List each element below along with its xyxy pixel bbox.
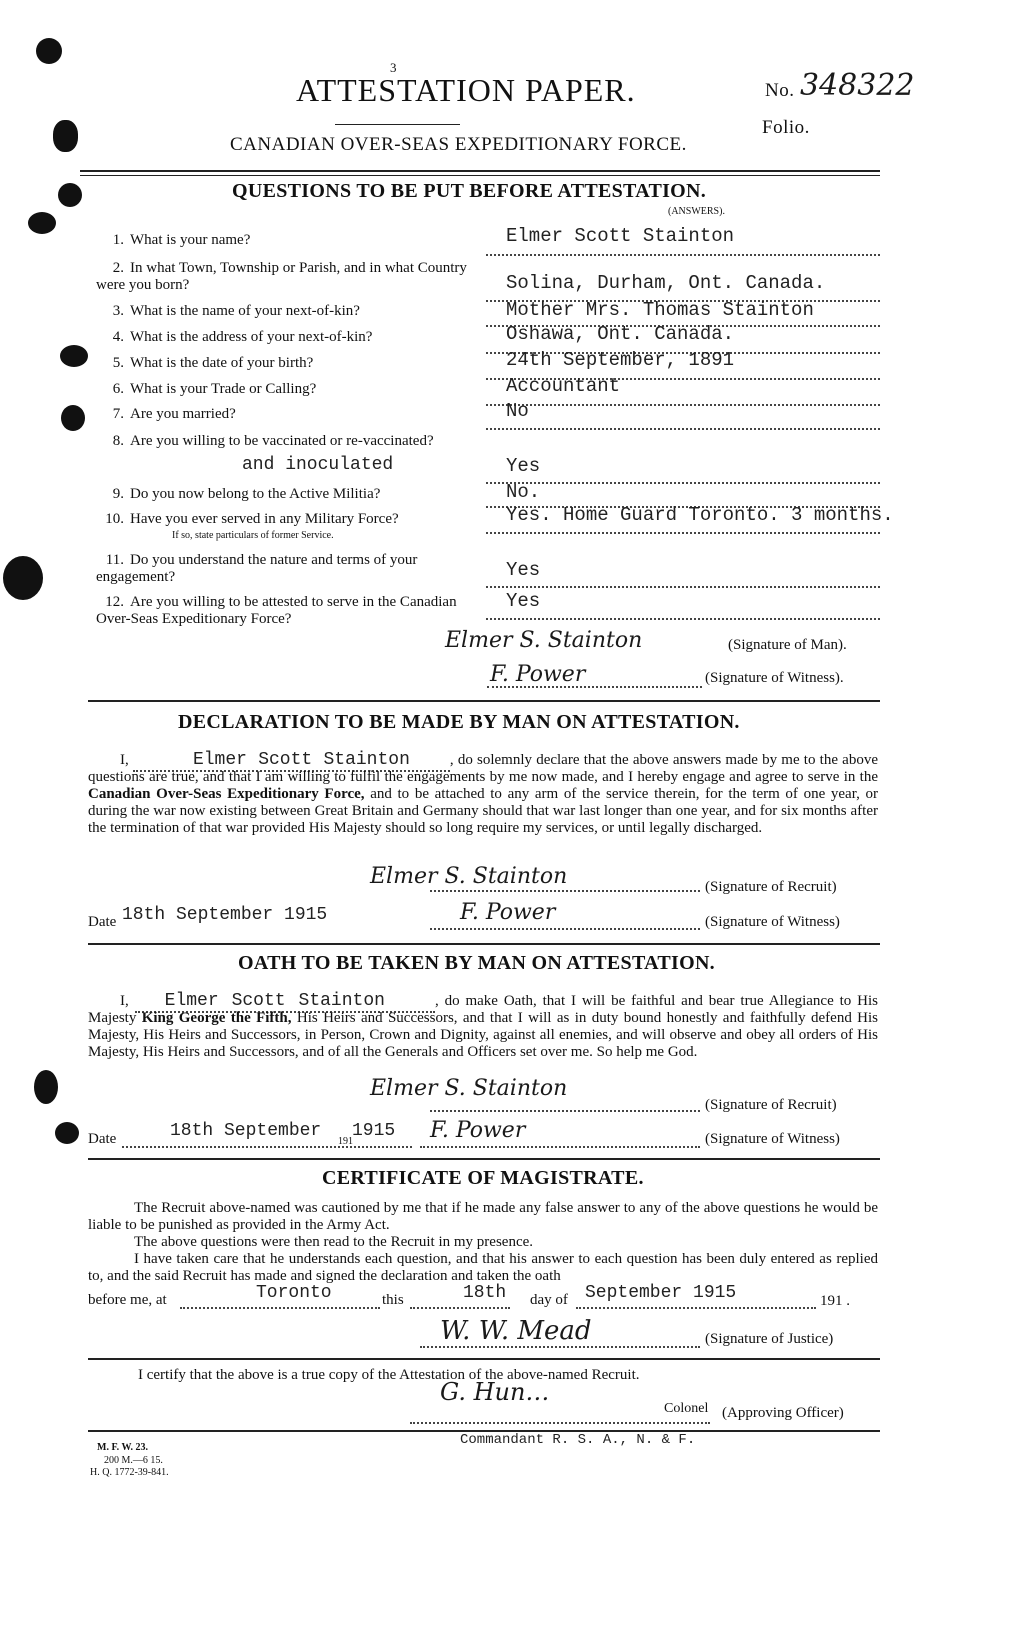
- answer-11: Yes: [506, 559, 540, 581]
- signature-man: Elmer S. Stainton: [445, 628, 642, 653]
- declaration-signature-witness: F. Power: [460, 900, 555, 925]
- punch-hole: [60, 345, 88, 367]
- question-8: 8.Are you willing to be vaccinated or re…: [96, 433, 468, 450]
- signature-line: [420, 1146, 700, 1148]
- signature-line: [430, 1110, 700, 1112]
- certificate-month-year: September 1915: [585, 1283, 736, 1303]
- answer-5: 24th September, 1891: [506, 349, 734, 371]
- double-rule: [80, 170, 880, 172]
- signature-man-label: (Signature of Man).: [728, 637, 847, 654]
- answer-12: Yes: [506, 590, 540, 612]
- oath-date-label: Date: [88, 1131, 116, 1148]
- answer-4: Oshawa, Ont. Canada.: [506, 323, 734, 345]
- certificate-para-1: The Recruit above-named was cautioned by…: [88, 1200, 878, 1234]
- answer-line: [486, 618, 880, 620]
- signature-line: [420, 1346, 700, 1348]
- oath-signature-witness: F. Power: [430, 1118, 525, 1143]
- answer-2: Solina, Durham, Ont. Canada.: [506, 272, 825, 294]
- questions-heading: QUESTIONS TO BE PUT BEFORE ATTESTATION.: [232, 180, 706, 203]
- certificate-year-print: 191 .: [820, 1293, 850, 1310]
- print-run: 200 M.—6 15.: [104, 1455, 163, 1466]
- punch-hole: [61, 405, 85, 431]
- form-code: M. F. W. 23.: [97, 1442, 148, 1453]
- question-8-addition: and inoculated: [242, 455, 393, 475]
- oath-signature-recruit: Elmer S. Stainton: [370, 1076, 567, 1101]
- before-me-at-label: before me, at: [88, 1292, 167, 1309]
- signature-line: [487, 686, 702, 688]
- question-1: 1.What is your name?: [96, 232, 468, 249]
- document-title: ATTESTATION PAPER.: [296, 72, 636, 109]
- double-rule: [80, 175, 880, 176]
- title-underline: [335, 124, 460, 125]
- oath-signature-recruit-label: (Signature of Recruit): [705, 1097, 837, 1114]
- folio-label: Folio.: [762, 117, 810, 139]
- signature-line: [410, 1422, 710, 1424]
- signature-line: [430, 928, 700, 930]
- punch-hole: [28, 212, 56, 234]
- signature-justice: W. W. Mead: [440, 1316, 592, 1346]
- answer-8: Yes: [506, 455, 540, 477]
- answer-6: Accountant: [506, 375, 620, 397]
- oath-date: 18th September: [170, 1121, 321, 1141]
- answer-line: [486, 532, 880, 534]
- declaration-date-label: Date: [88, 914, 116, 931]
- question-9: 9.Do you now belong to the Active Militi…: [96, 486, 468, 503]
- question-4: 4.What is the address of your next-of-ki…: [96, 329, 468, 346]
- approval-label: (Approving Officer): [722, 1405, 844, 1422]
- declaration-signature-witness-label: (Signature of Witness): [705, 914, 840, 931]
- section-divider: [88, 1358, 880, 1360]
- answer-1: Elmer Scott Stainton: [506, 225, 734, 247]
- answer-7: No: [506, 400, 529, 422]
- punch-hole: [36, 38, 62, 64]
- place-line: [180, 1307, 380, 1309]
- answer-line: [486, 254, 880, 256]
- month-line: [576, 1307, 816, 1309]
- punch-hole: [34, 1070, 58, 1104]
- question-2: 2.In what Town, Township or Parish, and …: [96, 260, 468, 294]
- question-7: 7.Are you married?: [96, 406, 468, 423]
- answer-line: [486, 586, 880, 588]
- question-12: 12.Are you willing to be attested to ser…: [96, 594, 468, 628]
- certificate-place: Toronto: [256, 1283, 332, 1303]
- question-5: 5.What is the date of your birth?: [96, 355, 468, 372]
- punch-hole: [53, 120, 78, 152]
- answer-line: [486, 404, 880, 406]
- section-divider: [88, 943, 880, 945]
- approval-rank: Colonel: [664, 1400, 708, 1417]
- question-11: 11.Do you understand the nature and term…: [96, 552, 468, 586]
- question-10: 10.Have you ever served in any Military …: [96, 511, 468, 528]
- answers-label: (ANSWERS).: [668, 206, 725, 217]
- answer-line: [486, 482, 880, 484]
- declaration-signature-recruit-label: (Signature of Recruit): [705, 879, 837, 896]
- answer-line: [486, 428, 880, 430]
- question-3: 3.What is the name of your next-of-kin?: [96, 303, 468, 320]
- commandant-stamp: Commandant R. S. A., N. & F.: [460, 1432, 695, 1448]
- question-10-note: If so, state particulars of former Servi…: [172, 530, 334, 541]
- declaration-text: I, Elmer Scott Stainton, do solemnly dec…: [88, 752, 878, 837]
- attestation-number: 348322: [800, 68, 915, 103]
- certificate-para-2: The above questions were then read to th…: [88, 1234, 878, 1251]
- declaration-heading: DECLARATION TO BE MADE BY MAN ON ATTESTA…: [178, 711, 740, 734]
- signature-justice-label: (Signature of Justice): [705, 1331, 833, 1348]
- day-line: [410, 1307, 510, 1309]
- approval-text: I certify that the above is a true copy …: [138, 1367, 640, 1384]
- declaration-date: 18th September 1915: [122, 905, 327, 925]
- oath-heading: OATH TO BE TAKEN BY MAN ON ATTESTATION.: [238, 952, 715, 975]
- hq-reference: H. Q. 1772-39-841.: [90, 1467, 169, 1478]
- declaration-signature-recruit: Elmer S. Stainton: [370, 864, 567, 889]
- signature-witness: F. Power: [490, 662, 585, 687]
- section-divider: [88, 700, 880, 702]
- answer-3: Mother Mrs. Thomas Stainton: [506, 299, 814, 321]
- answer-10: Yes. Home Guard Toronto. 3 months.: [506, 504, 894, 526]
- section-divider: [88, 1158, 880, 1160]
- day-of-label: day of: [530, 1292, 568, 1309]
- punch-hole: [58, 183, 82, 207]
- oath-text: I, Elmer Scott Stainton, do make Oath, t…: [88, 993, 878, 1061]
- number-label: No.: [765, 80, 794, 102]
- oath-signature-witness-label: (Signature of Witness): [705, 1131, 840, 1148]
- approval-signature: G. Hun…: [440, 1378, 549, 1406]
- oath-date-year: 1915: [352, 1121, 395, 1141]
- signature-witness-label: (Signature of Witness).: [705, 670, 844, 687]
- date-line: [122, 1146, 412, 1148]
- punch-hole: [3, 556, 43, 600]
- this-label: this: [382, 1292, 404, 1309]
- certificate-heading: CERTIFICATE OF MAGISTRATE.: [322, 1167, 644, 1190]
- certificate-para-3: I have taken care that he understands ea…: [88, 1251, 878, 1285]
- certificate-day: 18th: [463, 1283, 506, 1303]
- signature-line: [430, 890, 700, 892]
- answer-9: No.: [506, 481, 540, 503]
- force-subtitle: CANADIAN OVER-SEAS EXPEDITIONARY FORCE.: [230, 134, 687, 156]
- oath-date-year-print: 191: [338, 1136, 353, 1147]
- question-6: 6.What is your Trade or Calling?: [96, 381, 468, 398]
- punch-hole: [55, 1122, 79, 1144]
